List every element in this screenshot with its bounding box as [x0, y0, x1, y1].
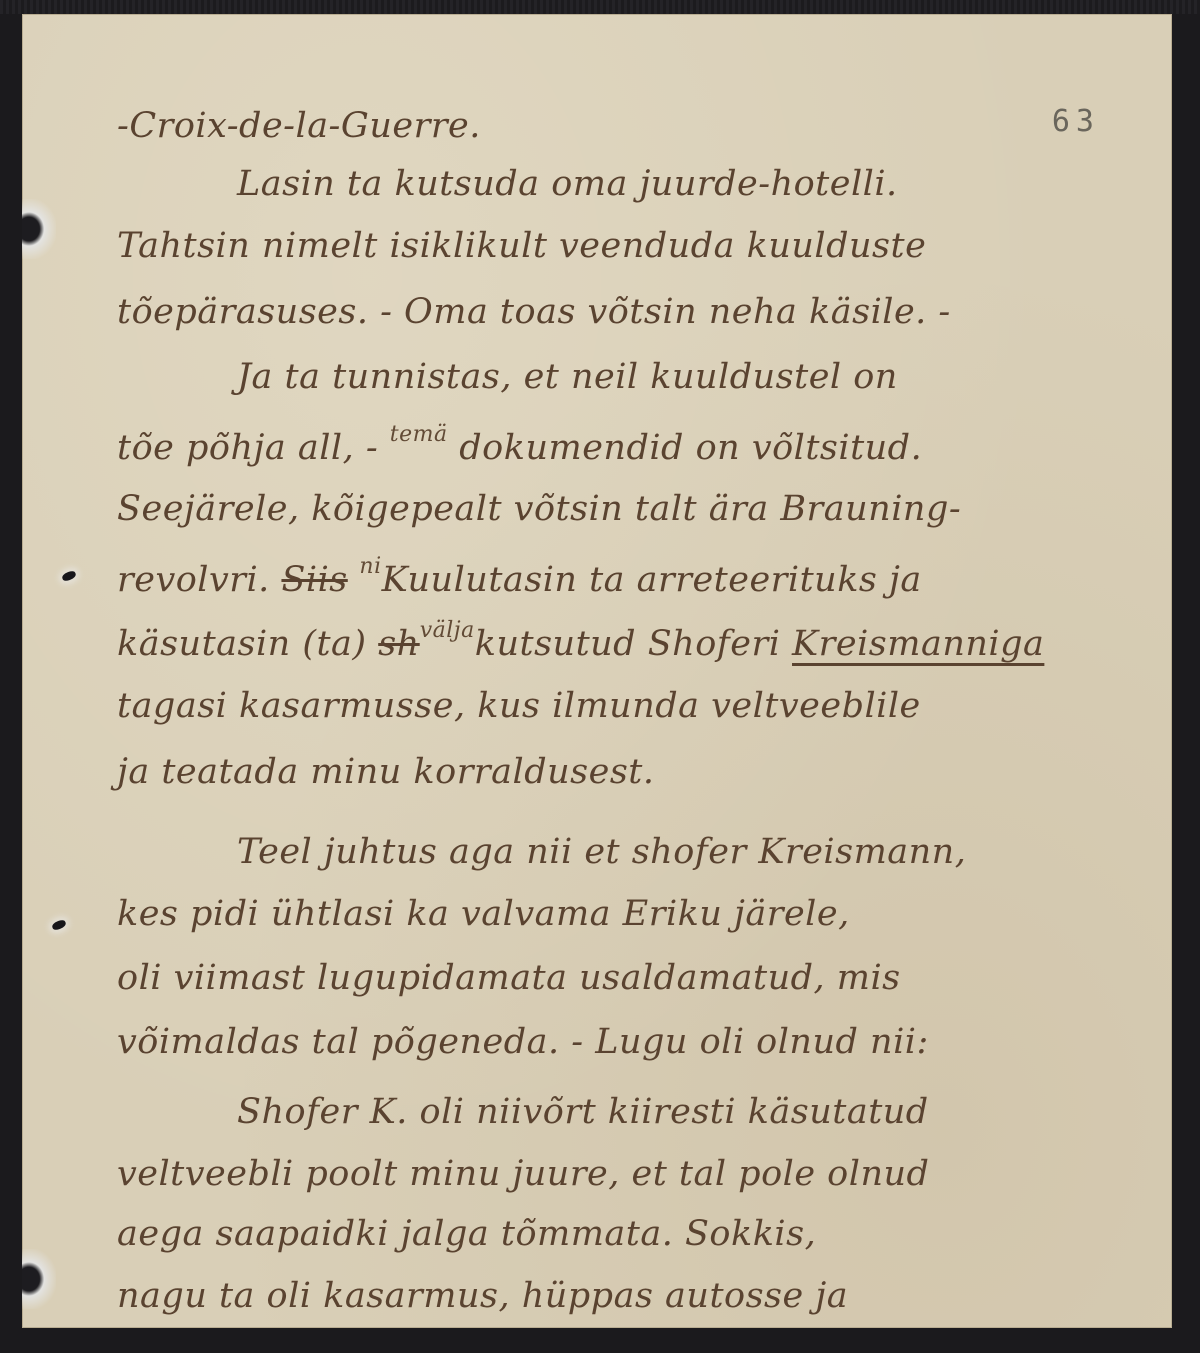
text-line: Lasin ta kutsuda oma juurde-hotelli.	[117, 164, 898, 204]
text-line: veltveebli poolt minu juure, et tal pole…	[117, 1154, 929, 1194]
text-line: revolvri. Siis niKuulutasin ta arreteeri…	[117, 554, 922, 600]
scanner-backdrop	[0, 0, 1200, 14]
text-segment: Kuulutasin ta arreteerituks ja	[382, 560, 922, 600]
text-line: Ja ta tunnistas, et neil kuuldustel on	[117, 357, 898, 397]
paper-damage-mark	[22, 1249, 56, 1309]
text-line: kes pidi ühtlasi ka valvama Eriku järele…	[117, 894, 850, 934]
text-segment: käsutasin (ta)	[117, 624, 378, 664]
page-number: 63	[1052, 104, 1100, 139]
inserted-word: ni	[359, 554, 381, 579]
text-line: käsutasin (ta) shväljakutsutud Shoferi K…	[117, 618, 1044, 664]
text-line: tagasi kasarmusse, kus ilmunda veltveebl…	[117, 686, 921, 726]
text-line: oli viimast lugupidamata usaldamatud, mi…	[117, 958, 901, 998]
text-line: Teel juhtus aga nii et shofer Kreismann,	[117, 832, 966, 872]
underlined-name: Kreismanniga	[792, 624, 1044, 664]
text-segment: kutsutud Shoferi	[475, 624, 792, 664]
text-line: aega saapaidki jalga tõmmata. Sokkis,	[117, 1214, 816, 1254]
text-segment: tõe põhja all, -	[117, 428, 390, 468]
punch-hole	[61, 570, 77, 582]
text-line: tõe põhja all, - temä dokumendid on võlt…	[117, 422, 922, 468]
text-line: Tahtsin nimelt isiklikult veenduda kuuld…	[117, 226, 926, 266]
text-line: tõepärasuses. - Oma toas võtsin neha käs…	[117, 292, 951, 332]
text-line: Seejärele, kõigepealt võtsin talt ära Br…	[117, 489, 961, 529]
text-segment: revolvri.	[117, 560, 281, 600]
paper-damage-mark	[22, 199, 56, 259]
text-line: nagu ta oli kasarmus, hüppas autosse ja	[117, 1276, 848, 1316]
heading-line: -Croix-de-la-Guerre.	[117, 106, 481, 146]
text-line: võimaldas tal põgeneda. - Lugu oli olnud…	[117, 1022, 929, 1062]
inserted-word: välja	[420, 618, 475, 643]
struck-word: sh	[378, 624, 420, 664]
text-line: Shofer K. oli niivõrt kiiresti käsutatud	[117, 1092, 929, 1132]
inserted-word: temä	[390, 422, 448, 447]
struck-word: Siis	[281, 560, 347, 600]
text-line: ja teatada minu korraldusest.	[117, 752, 654, 792]
punch-hole	[51, 919, 67, 931]
text-segment: dokumendid on võltsitud.	[459, 428, 922, 468]
manuscript-page: 63 -Croix-de-la-Guerre. Lasin ta kutsuda…	[22, 14, 1172, 1328]
